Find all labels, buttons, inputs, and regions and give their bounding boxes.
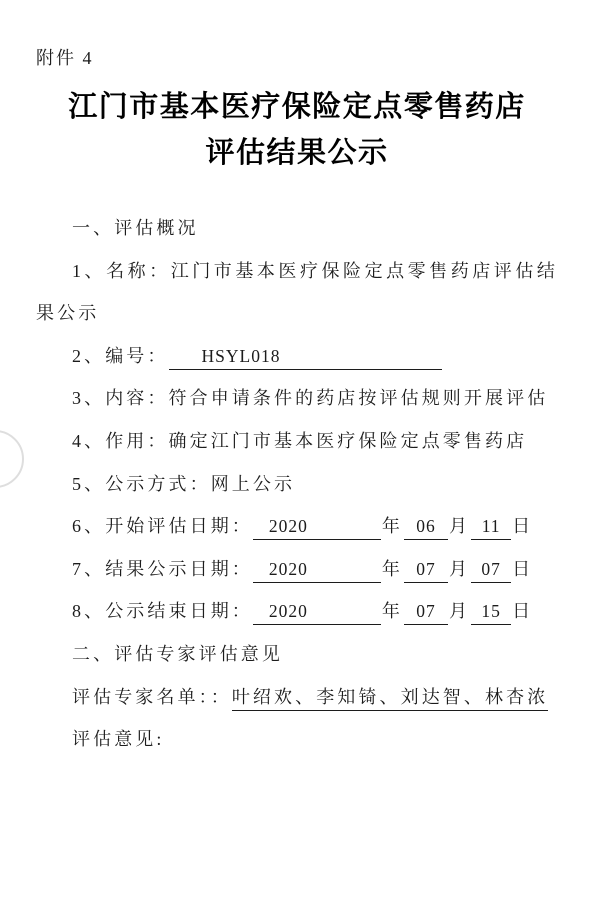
item-purpose-label: 4、作用： (72, 431, 169, 451)
publish-date-year-field: 2020 (253, 557, 381, 583)
scan-artifact-circle (0, 430, 24, 488)
document-title: 江门市基本医疗保险定点零售药店 评估结果公示 (0, 84, 594, 176)
item-publish-date: 7、结果公示日期：2020年07月07日 (36, 548, 558, 591)
end-date-year-field: 2020 (253, 599, 381, 625)
item-method-label: 5、公示方式： (72, 474, 211, 494)
attachment-label: 附件 4 (36, 44, 94, 70)
experts-names-line: 评估专家名单：：叶绍欢、李知锜、刘达智、林杏浓 (36, 676, 558, 719)
overview-heading: 一、评估概况 (36, 207, 558, 250)
end-date-label: 8、公示结束日期： (72, 601, 253, 621)
opinion-line: 评估意见: (36, 718, 558, 761)
end-date-day-unit: 日 (512, 601, 533, 621)
publish-date-year: 2020 (269, 559, 308, 579)
item-method-value: 网上公示 (211, 474, 295, 494)
start-date-year-unit: 年 (382, 516, 403, 536)
start-date-day-unit: 日 (512, 516, 533, 536)
code-underline-field: HSYL018 (169, 344, 442, 370)
item-end-date: 8、公示结束日期：2020年07月15日 (36, 590, 558, 633)
start-date-year-field: 2020 (253, 514, 381, 540)
item-code: 2、编号：HSYL018 (36, 335, 558, 378)
publish-date-month-field: 07 (404, 557, 448, 583)
item-code-value: HSYL018 (202, 346, 281, 366)
start-date-day-field: 11 (471, 514, 511, 540)
item-content-value: 符合申请条件的药店按评估规则开展评估 (169, 388, 549, 408)
end-date-year: 2020 (269, 601, 308, 621)
start-date-day: 11 (482, 516, 501, 536)
item-name: 1、名称：江门市基本医疗保险定点零售药店评估结果公示 (36, 250, 558, 335)
end-date-day: 15 (481, 601, 501, 621)
item-start-date: 6、开始评估日期：2020年06月11日 (36, 505, 558, 548)
publish-date-day-unit: 日 (512, 559, 533, 579)
title-line-1: 江门市基本医疗保险定点零售药店 (0, 84, 594, 130)
item-code-label: 2、编号： (72, 346, 169, 366)
publish-date-month-unit: 月 (449, 559, 470, 579)
end-date-day-field: 15 (471, 599, 511, 625)
document-body: 一、评估概况 1、名称：江门市基本医疗保险定点零售药店评估结果公示 2、编号：H… (36, 207, 558, 761)
item-purpose: 4、作用：确定江门市基本医疗保险定点零售药店 (36, 420, 558, 463)
publish-date-month: 07 (416, 559, 436, 579)
item-purpose-value: 确定江门市基本医疗保险定点零售药店 (169, 431, 528, 451)
publish-date-year-unit: 年 (382, 559, 403, 579)
experts-names-underlined: 叶绍欢、李知锜、刘达智、林杏浓 (232, 687, 549, 711)
end-date-month: 07 (416, 601, 436, 621)
end-date-month-unit: 月 (449, 601, 470, 621)
overview-heading-text: 一、评估概况 (72, 218, 199, 238)
experts-names-label: 评估专家名单：： (72, 687, 232, 707)
item-content-label: 3、内容： (72, 388, 169, 408)
start-date-month-unit: 月 (449, 516, 470, 536)
start-date-label: 6、开始评估日期： (72, 516, 253, 536)
item-name-label: 1、名称： (72, 261, 171, 281)
publish-date-label: 7、结果公示日期： (72, 559, 253, 579)
title-line-2: 评估结果公示 (0, 130, 594, 176)
publish-date-day-field: 07 (471, 557, 511, 583)
start-date-month: 06 (416, 516, 436, 536)
experts-heading-text: 二、评估专家评估意见 (72, 644, 283, 664)
item-method: 5、公示方式：网上公示 (36, 463, 558, 506)
start-date-month-field: 06 (404, 514, 448, 540)
end-date-year-unit: 年 (382, 601, 403, 621)
end-date-month-field: 07 (404, 599, 448, 625)
publish-date-day: 07 (481, 559, 501, 579)
start-date-year: 2020 (269, 516, 308, 536)
item-content: 3、内容：符合申请条件的药店按评估规则开展评估 (36, 377, 558, 420)
experts-heading: 二、评估专家评估意见 (36, 633, 558, 676)
document-page: 附件 4 江门市基本医疗保险定点零售药店 评估结果公示 一、评估概况 1、名称：… (0, 0, 594, 905)
opinion-label: 评估意见: (72, 729, 165, 749)
